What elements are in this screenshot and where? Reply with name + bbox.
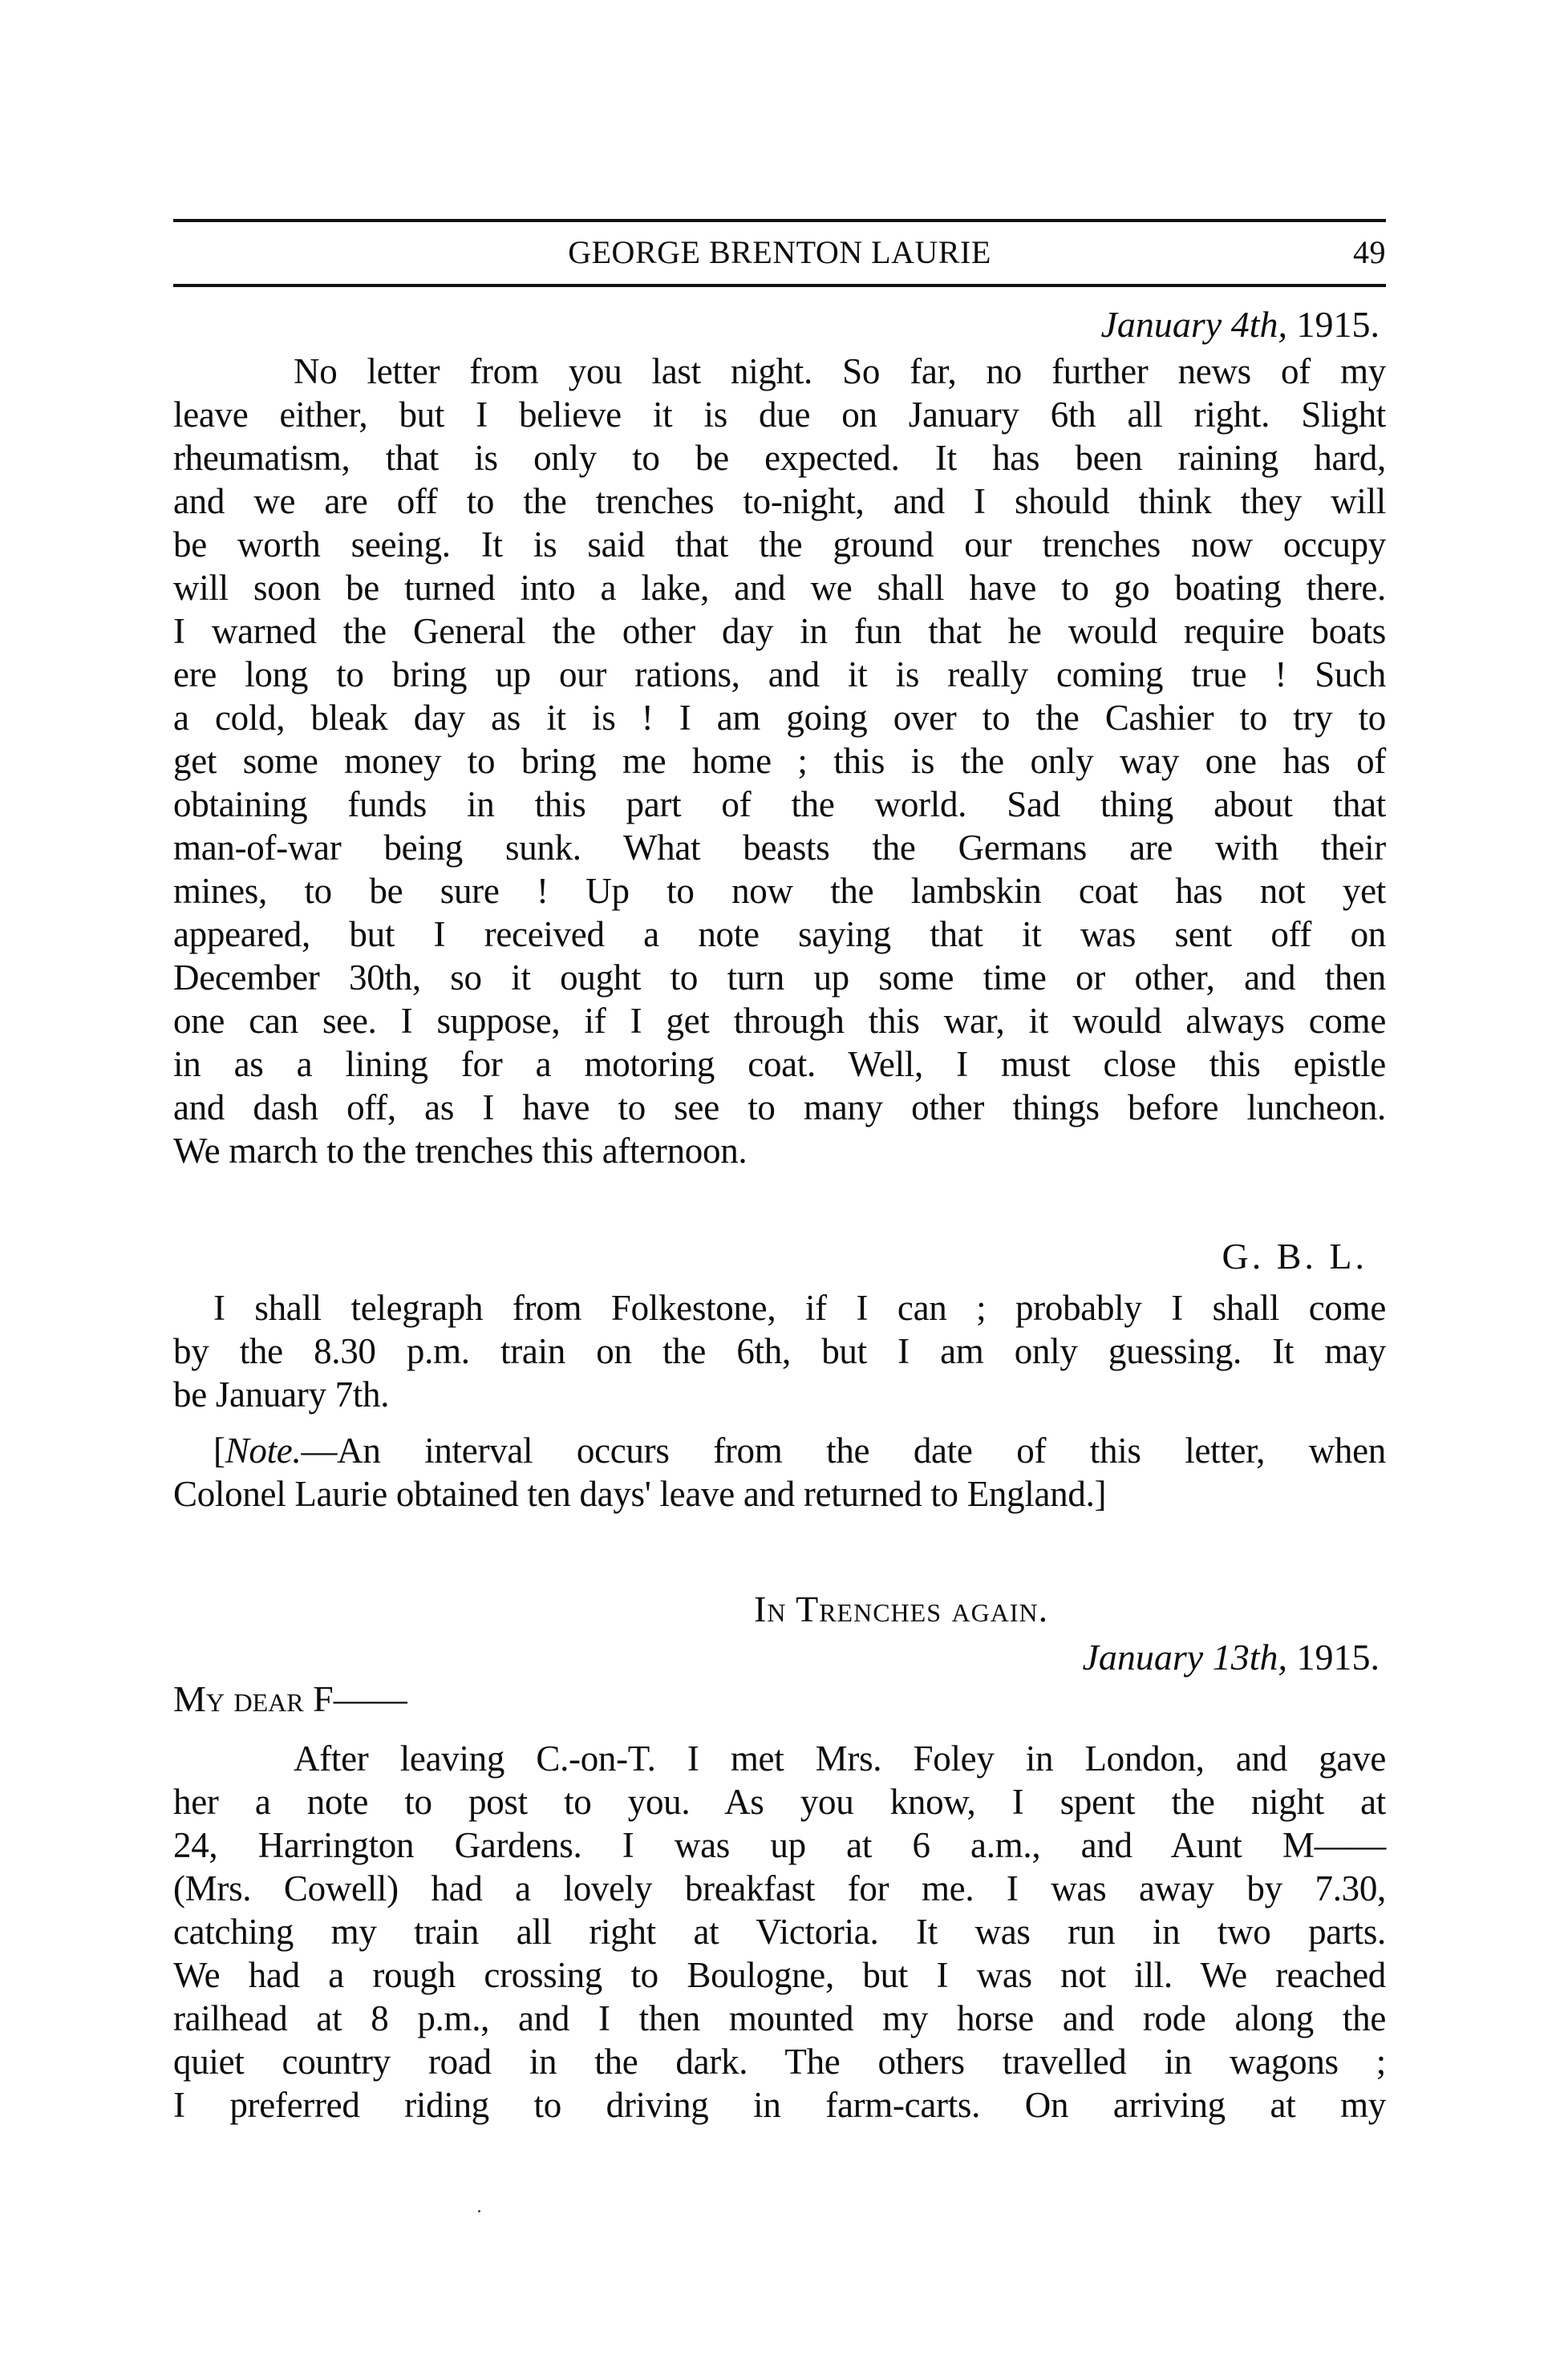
letter2-line: After leaving C.-on-T. I met Mrs. Foley … bbox=[173, 1737, 1386, 1780]
editor-note: [Note.—An interval occurs from the date … bbox=[173, 1429, 1386, 1516]
letter1-line: get some money to bring me home ; this i… bbox=[173, 739, 1386, 783]
letter2-date: January 13th, 1915. bbox=[1082, 1636, 1380, 1679]
letter2-line: We had a rough crossing to Boulogne, but… bbox=[173, 1953, 1386, 1997]
letter2-date-text: January 13th, bbox=[1082, 1637, 1287, 1678]
letter1-line: and we are off to the trenches to-night,… bbox=[173, 480, 1386, 523]
header-rule-bottom bbox=[173, 284, 1386, 287]
letter1-postscript: I shall telegraph from Folkestone, if I … bbox=[173, 1286, 1386, 1416]
letter1-line: I warned the General the other day in fu… bbox=[173, 609, 1386, 653]
letter1-line: mines, to be sure ! Up to now the lambsk… bbox=[173, 869, 1386, 913]
letter2-line: railhead at 8 p.m., and I then mounted m… bbox=[173, 1997, 1386, 2040]
running-head: GEORGE BRENTON LAURIE 49 bbox=[173, 233, 1386, 273]
note-label: Note. bbox=[225, 1431, 302, 1471]
letter2-line: catching my train all right at Victoria.… bbox=[173, 1910, 1386, 1953]
letter1-line: December 30th, so it ought to turn up so… bbox=[173, 956, 1386, 999]
letter1-line: We march to the trenches this afternoon. bbox=[173, 1129, 1386, 1172]
letter2-line: her a note to post to you. As you know, … bbox=[173, 1780, 1386, 1823]
letter1-date-text: January 4th, bbox=[1100, 304, 1287, 345]
letter1-line: ere long to bring up our rations, and it… bbox=[173, 653, 1386, 696]
letter1-line: in as a lining for a motoring coat. Well… bbox=[173, 1042, 1386, 1086]
letter1-signature: G. B. L. bbox=[1222, 1235, 1368, 1278]
letter2-line: 24, Harrington Gardens. I was up at 6 a.… bbox=[173, 1823, 1386, 1867]
book-page: GEORGE BRENTON LAURIE 49 January 4th, 19… bbox=[0, 0, 1568, 2380]
letter1-line: will soon be turned into a lake, and we … bbox=[173, 566, 1386, 609]
scan-speck bbox=[478, 2210, 480, 2212]
note-line1-text: —An interval occurs from the date of thi… bbox=[301, 1431, 1386, 1471]
letter2-body: After leaving C.-on-T. I met Mrs. Foley … bbox=[173, 1737, 1386, 2127]
note-open-bracket: [ bbox=[213, 1431, 225, 1471]
letter1-line: obtaining funds in this part of the worl… bbox=[173, 783, 1386, 826]
letter1-line: be worth seeing. It is said that the gro… bbox=[173, 523, 1386, 566]
letter2-date-year: 1915. bbox=[1287, 1637, 1380, 1678]
letter2-line: (Mrs. Cowell) had a lovely breakfast for… bbox=[173, 1867, 1386, 1910]
letter1-body: No letter from you last night. So far, n… bbox=[173, 350, 1386, 1172]
letter1-line: man-of-war being sunk. What beasts the G… bbox=[173, 826, 1386, 869]
postscript-line: by the 8.30 p.m. train on the 6th, but I… bbox=[173, 1330, 1386, 1373]
editor-note-line-1: [Note.—An interval occurs from the date … bbox=[173, 1429, 1386, 1472]
running-head-title: GEORGE BRENTON LAURIE bbox=[173, 233, 1386, 273]
letter1-date-year: 1915. bbox=[1287, 304, 1380, 345]
letter2-heading: In Trenches again. bbox=[754, 1588, 1048, 1631]
header-rule-top bbox=[173, 219, 1386, 222]
letter1-line: No letter from you last night. So far, n… bbox=[173, 350, 1386, 393]
editor-note-line-2: Colonel Laurie obtained ten days' leave … bbox=[173, 1472, 1386, 1516]
letter1-line: appeared, but I received a note saying t… bbox=[173, 913, 1386, 956]
postscript-line: be January 7th. bbox=[173, 1373, 1386, 1416]
page-number: 49 bbox=[1353, 233, 1386, 273]
letter2-line: quiet country road in the dark. The othe… bbox=[173, 2040, 1386, 2083]
letter1-line: a cold, bleak day as it is ! I am going … bbox=[173, 696, 1386, 739]
letter1-line: rheumatism, that is only to be expected.… bbox=[173, 436, 1386, 480]
letter1-line: one can see. I suppose, if I get through… bbox=[173, 999, 1386, 1042]
postscript-line: I shall telegraph from Folkestone, if I … bbox=[173, 1286, 1386, 1330]
letter1-line: and dash off, as I have to see to many o… bbox=[173, 1086, 1386, 1129]
letter2-salutation: My dear F—— bbox=[173, 1678, 407, 1721]
letter2-line: I preferred riding to driving in farm-ca… bbox=[173, 2083, 1386, 2127]
letter1-date: January 4th, 1915. bbox=[1100, 303, 1380, 346]
letter1-line: leave either, but I believe it is due on… bbox=[173, 393, 1386, 436]
